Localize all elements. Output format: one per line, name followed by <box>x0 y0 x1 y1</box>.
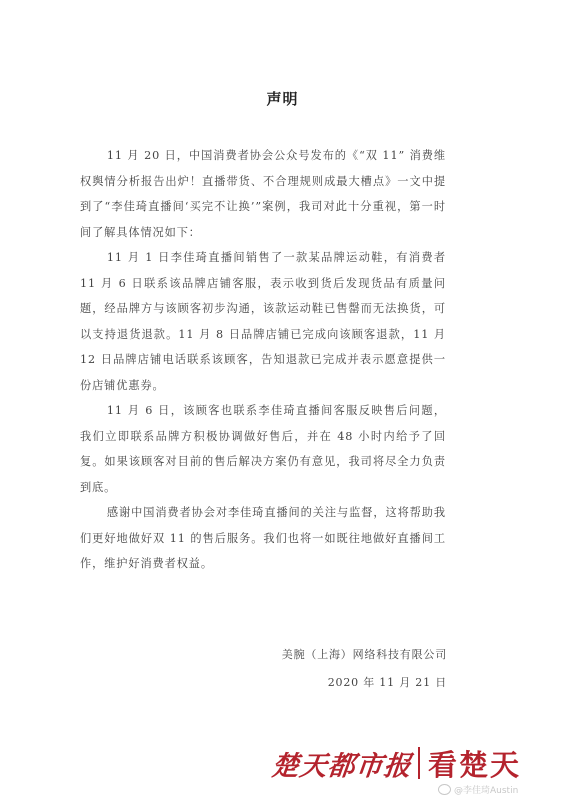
document-title: 声明 <box>0 88 565 109</box>
paragraph-2: 11 月 1 日李佳琦直播间销售了一款某品牌运动鞋，有消费者 11 月 6 日联… <box>80 245 446 398</box>
signature-date: 2020 年 11 月 21 日 <box>282 669 447 697</box>
paragraph-1: 11 月 20 日，中国消费者协会公众号发布的《“双 11” 消费维权舆情分析报… <box>80 143 446 245</box>
logo-newspaper-name: 楚天都市报 <box>270 744 414 783</box>
paragraph-3: 11 月 6 日，该顾客也联系李佳琦直播间客服反映售后问题，我们立即联系品牌方积… <box>80 398 446 500</box>
logo-app-name: 看楚天 <box>428 743 521 784</box>
weibo-watermark: @李佳琦Austin <box>438 783 518 796</box>
signature-block: 美腕（上海）网络科技有限公司 2020 年 11 月 21 日 <box>282 641 447 697</box>
statement-page: 声明 11 月 20 日，中国消费者协会公众号发布的《“双 11” 消费维权舆情… <box>0 0 565 800</box>
watermark-text: @李佳琦Austin <box>454 783 518 796</box>
logo-divider <box>418 747 420 779</box>
document-body: 11 月 20 日，中国消费者协会公众号发布的《“双 11” 消费维权舆情分析报… <box>80 143 446 577</box>
paragraph-4: 感谢中国消费者协会对李佳琦直播间的关注与监督，这将帮助我们更好地做好双 11 的… <box>80 500 446 577</box>
weibo-icon <box>438 784 451 795</box>
newspaper-logo: 楚天都市报 看楚天 <box>272 744 521 782</box>
company-name: 美腕（上海）网络科技有限公司 <box>282 641 447 669</box>
